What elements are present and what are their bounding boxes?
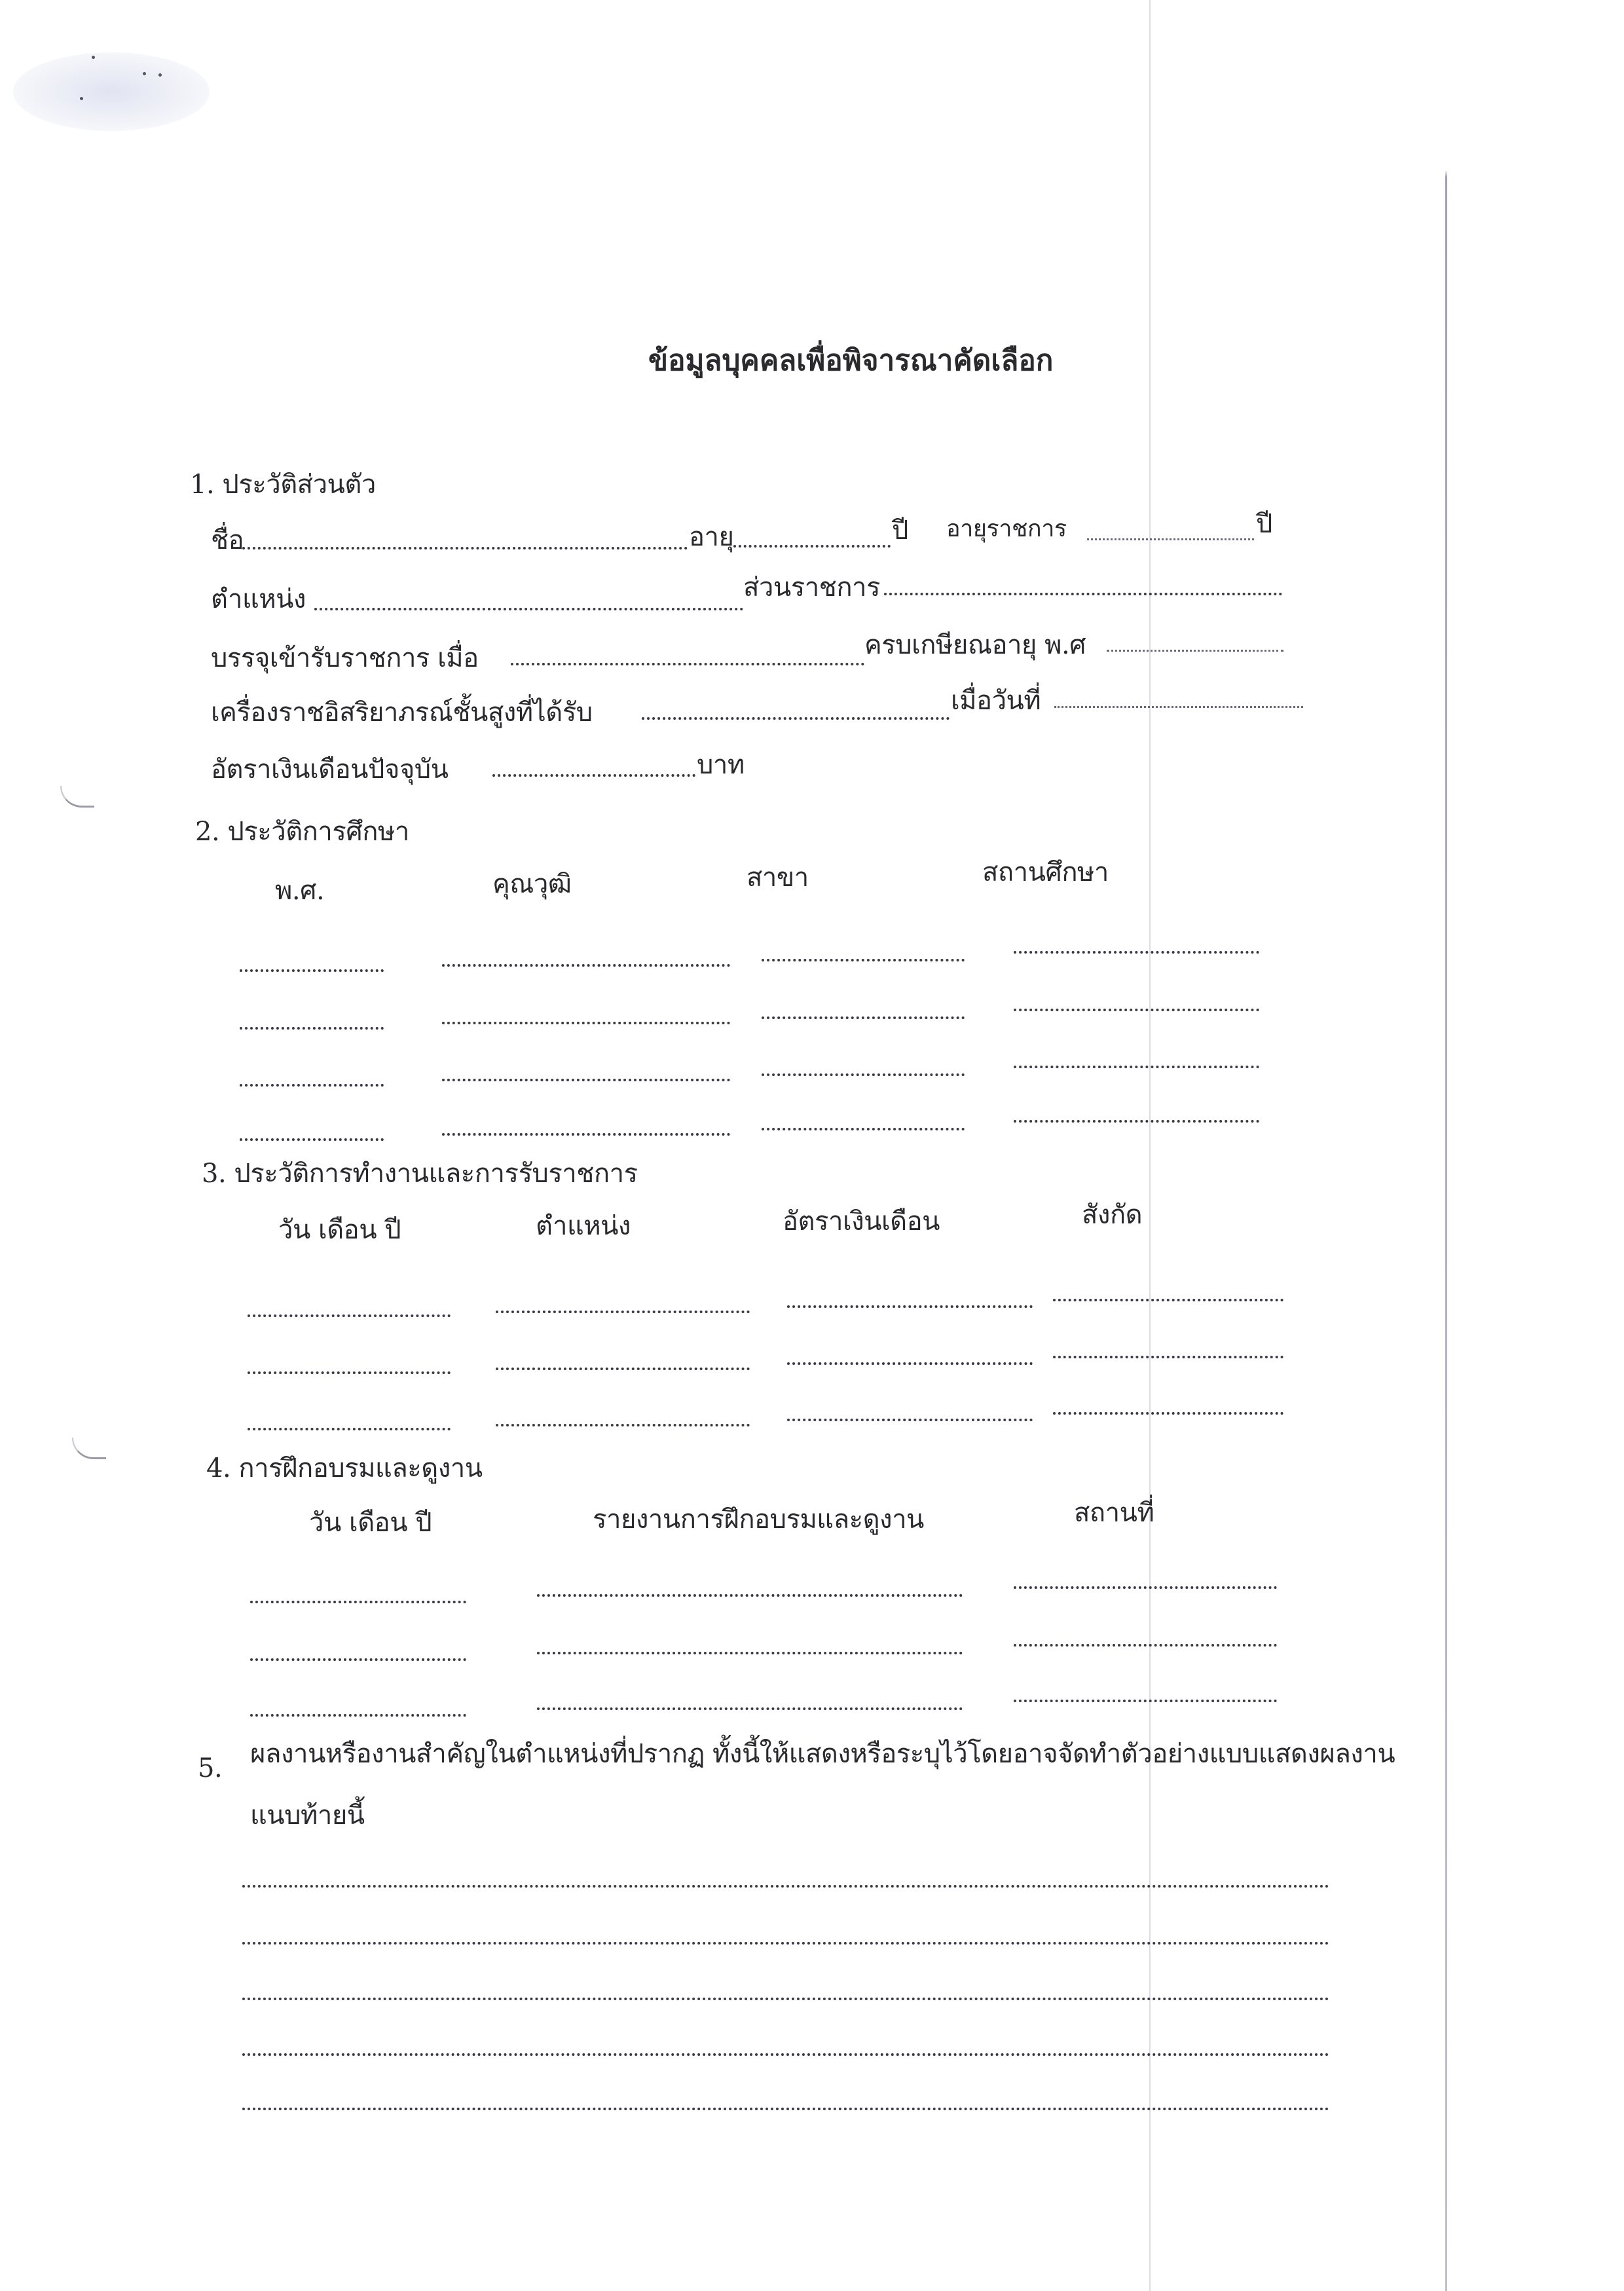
education-col-degree: คุณวุฒิ	[492, 871, 571, 897]
punch-hole-mark	[72, 1438, 106, 1459]
scan-speck	[158, 73, 162, 77]
work-col-salary: อัตราเงินเดือน	[783, 1208, 940, 1235]
appointed-date-field[interactable]	[511, 663, 864, 665]
work-date-field[interactable]	[248, 1428, 451, 1430]
decoration-date-label: เมื่อวันที่	[951, 688, 1041, 714]
education-institution-field[interactable]	[1014, 951, 1259, 954]
scan-line	[1149, 0, 1151, 2291]
punch-hole-mark	[60, 786, 94, 808]
work-affiliation-field[interactable]	[1053, 1412, 1283, 1415]
training-report-field[interactable]	[537, 1594, 963, 1597]
education-degree-field[interactable]	[442, 1022, 730, 1024]
work-position-field[interactable]	[496, 1424, 750, 1426]
education-col-year: พ.ศ.	[275, 878, 324, 904]
training-location-field[interactable]	[1014, 1644, 1277, 1647]
retire-label: ครบเกษียณอายุ พ.ศ	[864, 632, 1086, 658]
section5-heading-line2: แนบท้ายนี้	[250, 1802, 365, 1829]
scanned-form-page: ข้อมูลบุคคลเพื่อพิจารณาคัดเลือก 1. ประวั…	[0, 0, 1624, 2291]
education-institution-field[interactable]	[1014, 1009, 1259, 1011]
work-col-date: วัน เดือน ปี	[278, 1217, 401, 1243]
work-col-position: ตำแหน่ง	[536, 1213, 631, 1239]
works-line-field[interactable]	[242, 1885, 1329, 1888]
training-location-field[interactable]	[1014, 1700, 1277, 1702]
section2-heading: 2. ประวัติการศึกษา	[195, 819, 409, 845]
salary-field[interactable]	[492, 774, 695, 777]
education-col-institution: สถานศึกษา	[982, 859, 1109, 885]
training-report-field[interactable]	[537, 1652, 963, 1654]
training-col-report: รายงานการฝึกอบรมและดูงาน	[593, 1506, 924, 1533]
work-salary-field[interactable]	[787, 1305, 1033, 1308]
section5-heading-line1: ผลงานหรืองานสำคัญในตำแหน่งที่ปรากฏ ทั้งน…	[250, 1741, 1395, 1767]
training-location-field[interactable]	[1014, 1586, 1277, 1589]
agency-field[interactable]	[884, 593, 1282, 595]
service-age-year-unit: ปี	[1256, 511, 1272, 537]
work-date-field[interactable]	[248, 1314, 451, 1317]
work-date-field[interactable]	[248, 1371, 451, 1374]
position-label: ตำแหน่ง	[211, 586, 306, 612]
age-year-unit: ปี	[892, 517, 908, 544]
education-degree-field[interactable]	[442, 964, 730, 967]
training-col-location: สถานที่	[1074, 1500, 1154, 1526]
works-line-field[interactable]	[242, 1942, 1329, 1945]
education-major-field[interactable]	[762, 959, 965, 961]
education-degree-field[interactable]	[442, 1133, 730, 1136]
age-field[interactable]	[733, 545, 891, 548]
works-line-field[interactable]	[242, 2053, 1329, 2056]
service-age-field[interactable]	[1087, 538, 1254, 540]
agency-label: ส่วนราชการ	[743, 574, 880, 601]
scan-speck	[80, 97, 83, 100]
training-col-date: วัน เดือน ปี	[309, 1510, 432, 1536]
scan-line	[1445, 0, 1447, 2291]
education-major-field[interactable]	[762, 1073, 965, 1076]
scan-speck	[92, 56, 95, 59]
decoration-field[interactable]	[642, 717, 950, 720]
scan-smudge	[13, 52, 210, 131]
work-affiliation-field[interactable]	[1053, 1299, 1283, 1301]
document-title: ข้อมูลบุคคลเพื่อพิจารณาคัดเลือก	[648, 337, 1053, 383]
works-line-field[interactable]	[242, 2108, 1329, 2110]
works-line-field[interactable]	[242, 1998, 1329, 2000]
position-field[interactable]	[314, 608, 743, 610]
work-salary-field[interactable]	[787, 1362, 1033, 1365]
section4-heading: 4. การฝึกอบรมและดูงาน	[206, 1455, 483, 1481]
name-label: ชื่อ	[211, 527, 244, 553]
education-major-field[interactable]	[762, 1016, 965, 1019]
education-col-major: สาขา	[747, 865, 809, 891]
section5-number: 5.	[198, 1755, 222, 1781]
scan-speck	[143, 72, 146, 75]
age-label: อายุ	[689, 524, 733, 550]
education-institution-field[interactable]	[1014, 1066, 1259, 1068]
retire-year-field[interactable]	[1107, 650, 1283, 652]
education-degree-field[interactable]	[442, 1079, 730, 1081]
education-year-field[interactable]	[240, 1084, 384, 1087]
education-year-field[interactable]	[240, 1138, 384, 1141]
currency-unit: บาท	[697, 752, 745, 778]
education-institution-field[interactable]	[1014, 1120, 1259, 1123]
training-date-field[interactable]	[250, 1714, 466, 1717]
training-date-field[interactable]	[250, 1601, 466, 1603]
appointed-label: บรรจุเข้ารับราชการ เมื่อ	[211, 645, 479, 671]
decoration-date-field[interactable]	[1054, 706, 1303, 708]
work-col-affiliation: สังกัด	[1082, 1202, 1142, 1228]
name-field[interactable]	[242, 547, 688, 549]
training-date-field[interactable]	[250, 1658, 466, 1661]
work-affiliation-field[interactable]	[1053, 1356, 1283, 1358]
training-report-field[interactable]	[537, 1707, 963, 1710]
section3-heading: 3. ประวัติการทำงานและการรับราชการ	[202, 1161, 638, 1187]
work-position-field[interactable]	[496, 1368, 750, 1370]
section1-heading: 1. ประวัติส่วนตัว	[190, 472, 376, 498]
decoration-label: เครื่องราชอิสริยาภรณ์ชั้นสูงที่ได้รับ	[211, 699, 593, 726]
education-major-field[interactable]	[762, 1128, 965, 1130]
salary-label: อัตราเงินเดือนปัจจุบัน	[211, 756, 449, 783]
work-position-field[interactable]	[496, 1311, 750, 1313]
education-year-field[interactable]	[240, 969, 384, 972]
service-age-label: อายุราชการ	[946, 517, 1067, 541]
education-year-field[interactable]	[240, 1027, 384, 1030]
work-salary-field[interactable]	[787, 1419, 1033, 1421]
